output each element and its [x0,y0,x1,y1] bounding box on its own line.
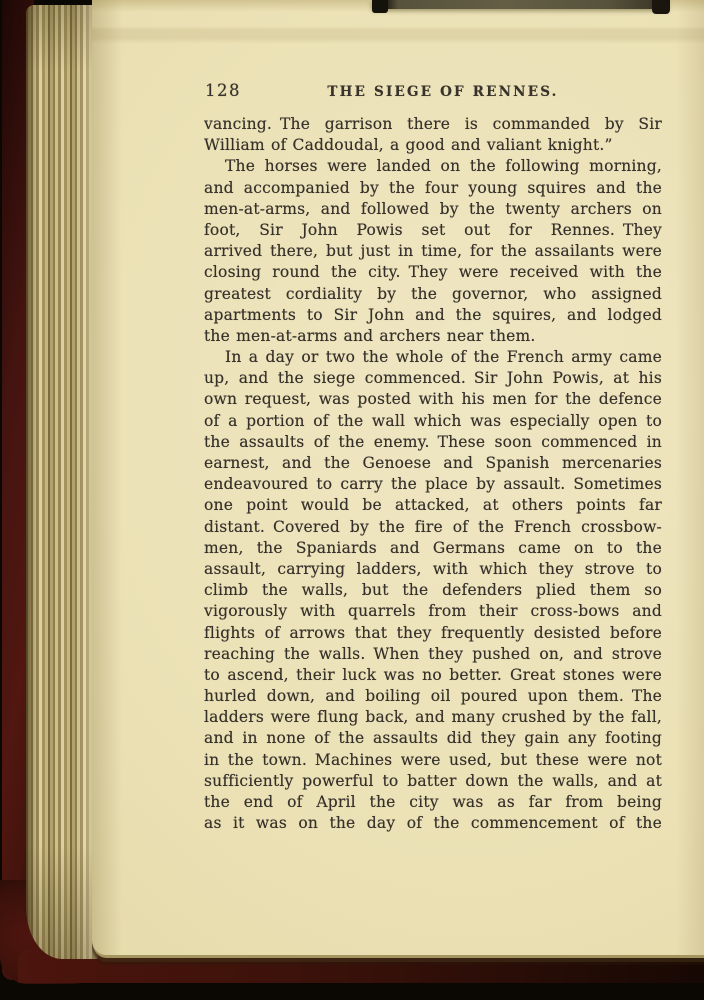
text-line: arrived there, but just in time, for the… [204,241,662,262]
text-line: climb the walls, but the defenders plied… [204,580,662,601]
book-scan: 128 THE SIEGE OF RENNES. vancing. The ga… [0,0,704,1000]
text-line: men, the Spaniards and Germans came on t… [204,538,662,559]
text-line: greatest cordiality by the governor, who… [204,284,662,305]
text-line: as it was on the day of the commencement… [204,813,662,834]
text-line: flights of arrows that they frequently d… [204,623,662,644]
text-line: vigorously with quarrels from their cros… [204,601,662,622]
text-line: of a portion of the wall which was espec… [204,411,662,432]
text-line: William of Caddoudal, a good and valiant… [204,135,662,156]
text-line: In a day or two the whole of the French … [204,347,662,368]
text-line: earnest, and the Genoese and Spanish mer… [204,453,662,474]
paragraph: The horses were landed on the following … [204,156,662,347]
text-line: men-at-arms, and followed by the twenty … [204,199,662,220]
text-line: the end of April the city was as far fro… [204,792,662,813]
paragraph: In a day or two the whole of the French … [204,347,662,834]
text-line: The horses were landed on the following … [204,156,662,177]
text-line: ladders were flung back, and many crushe… [204,707,662,728]
text-line: the assaults of the enemy. These soon co… [204,432,662,453]
paragraph: vancing. The garrison there is commanded… [204,114,662,156]
text-line: apartments to Sir John and the squires, … [204,305,662,326]
text-line: in the town. Machines were used, but the… [204,750,662,771]
text-line: and accompanied by the four young squire… [204,178,662,199]
text-line: reaching the walls. When they pushed on,… [204,644,662,665]
text-line: one point would be attacked, at others p… [204,495,662,516]
text-line: and in none of the assaults did they gai… [204,728,662,749]
page-edge-stack [26,5,98,959]
text-line: the men-at-arms and archers near them. [204,326,662,347]
text-line: vancing. The garrison there is commanded… [204,114,662,135]
text-line: up, and the siege commenced. Sir John Po… [204,368,662,389]
text-line: closing round the city. They were receiv… [204,262,662,283]
page-header: 128 THE SIEGE OF RENNES. [204,81,662,101]
text-line: to ascend, their luck was no better. Gre… [204,665,662,686]
text-line: hurled down, and boiling oil poured upon… [204,686,662,707]
text-line: sufficiently powerful to batter down the… [204,771,662,792]
text-line: distant. Covered by the fire of the Fren… [204,517,662,538]
adjacent-page-edge [372,0,668,9]
text-line: own request, was posted with his men for… [204,389,662,410]
running-title: THE SIEGE OF RENNES. [224,83,662,101]
text-line: assault, carrying ladders, with which th… [204,559,662,580]
text-line: foot, Sir John Powis set out for Rennes.… [204,220,662,241]
text-line: endeavoured to carry the place by assaul… [204,474,662,495]
page-text: vancing. The garrison there is commanded… [204,114,662,834]
